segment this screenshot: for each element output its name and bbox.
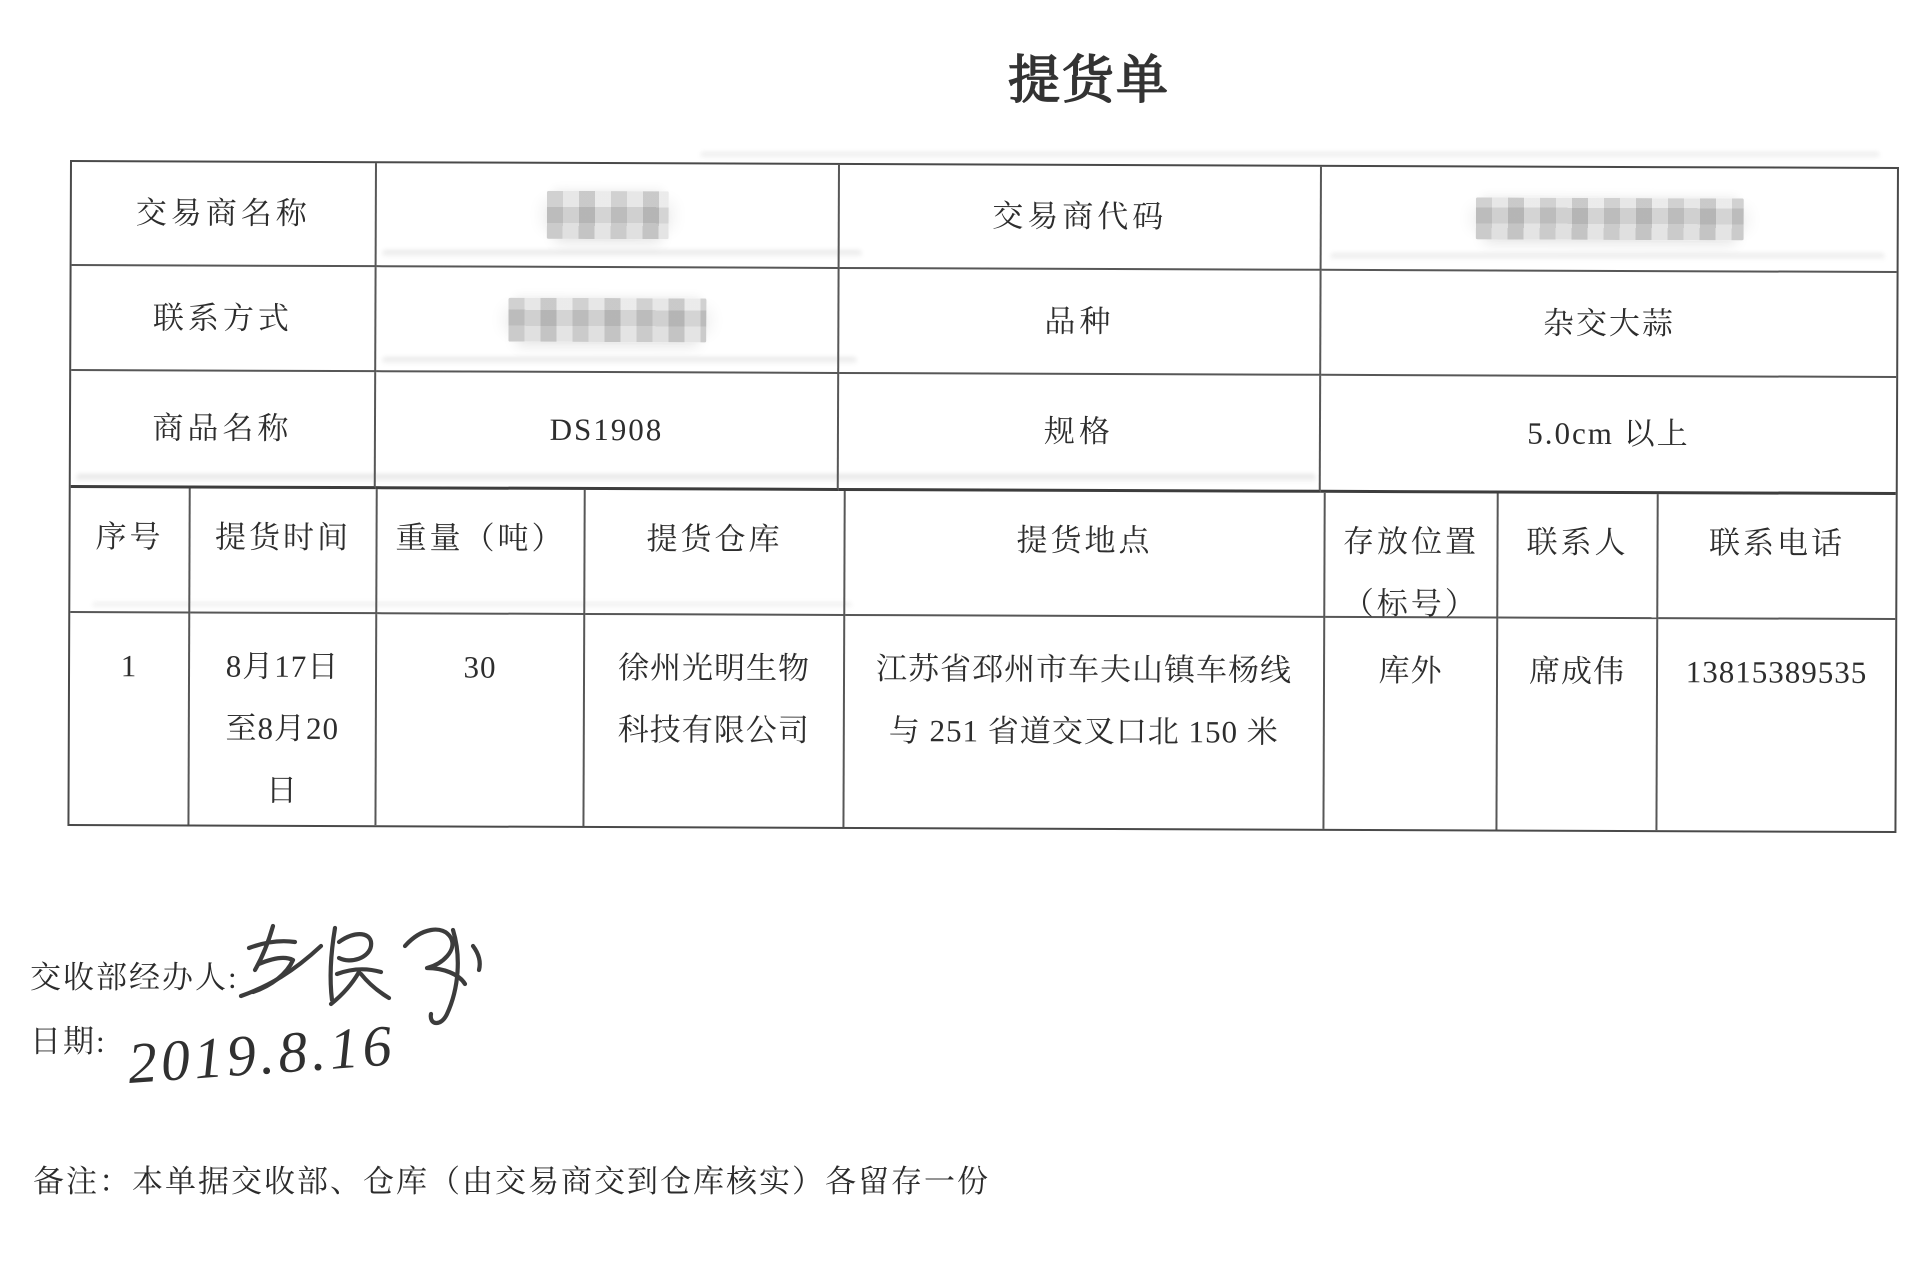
cell-warehouse: 徐州光明生物 科技有限公司	[584, 615, 845, 827]
col-header-pickup-time: 提货时间	[190, 488, 377, 614]
scan-artifact	[700, 152, 1880, 159]
variety-value: 杂交大蒜	[1321, 271, 1896, 378]
contact-method-value	[376, 267, 839, 374]
handler-label: 交收部经办人:	[30, 952, 239, 997]
scanned-pickup-order: 提货单 交易商名称 交易商代码 联系方式 品种 杂交大蒜 商品名称 DS1908…	[0, 0, 1920, 1270]
cell-seq: 1	[69, 613, 190, 824]
product-name-value: DS1908	[376, 372, 839, 491]
cell-contact-person: 席成伟	[1497, 618, 1658, 830]
trader-name-value	[377, 163, 840, 269]
variety-label: 品种	[839, 269, 1321, 376]
remark-note: 备注：本单据交收部、仓库（由交易商交到仓库核实）各留存一份	[33, 1156, 990, 1201]
redaction-mosaic-trader-name	[546, 191, 668, 239]
spec-value: 5.0cm 以上	[1321, 376, 1896, 495]
pickup-order-table: 交易商名称 交易商代码 联系方式 品种 杂交大蒜 商品名称 DS1908 规格 …	[67, 160, 1899, 833]
redaction-mosaic-trader-code	[1475, 197, 1743, 240]
col-header-seq: 序号	[70, 488, 190, 613]
col-header-warehouse: 提货仓库	[585, 490, 845, 616]
trader-code-value	[1322, 167, 1897, 273]
redaction-mosaic-contact	[508, 297, 706, 342]
cell-pickup-time: 8月17日 至8月20 日	[189, 613, 377, 825]
info-section: 交易商名称 交易商代码 联系方式 品种 杂交大蒜 商品名称 DS1908 规格 …	[71, 162, 1897, 495]
trader-code-label: 交易商代码	[840, 165, 1322, 271]
spec-label: 规格	[839, 374, 1321, 493]
col-header-contact-person: 联系人	[1498, 493, 1658, 619]
contact-method-label: 联系方式	[71, 266, 376, 372]
cell-storage-position: 库外	[1324, 618, 1498, 830]
cell-pickup-location: 江苏省邳州市车夫山镇车杨线 与 251 省道交叉口北 150 米	[844, 616, 1325, 829]
col-header-pickup-location: 提货地点	[845, 491, 1325, 618]
document-title: 提货单	[1008, 38, 1170, 113]
date-label: 日期:	[30, 1016, 107, 1061]
product-name-label: 商品名称	[71, 371, 376, 489]
handwritten-date: 2019.8.16	[126, 1011, 398, 1097]
cell-contact-phone: 13815389535	[1657, 619, 1895, 831]
trader-name-label: 交易商名称	[72, 162, 377, 267]
col-header-weight: 重量（吨）	[377, 489, 585, 615]
col-header-contact-phone: 联系电话	[1658, 494, 1895, 620]
detail-section: 序号 提货时间 重量（吨） 提货仓库 提货地点 存放位置 （标号） 联系人 联系…	[69, 488, 1895, 831]
col-header-storage-position: 存放位置 （标号）	[1325, 493, 1498, 619]
cell-weight: 30	[376, 614, 585, 826]
